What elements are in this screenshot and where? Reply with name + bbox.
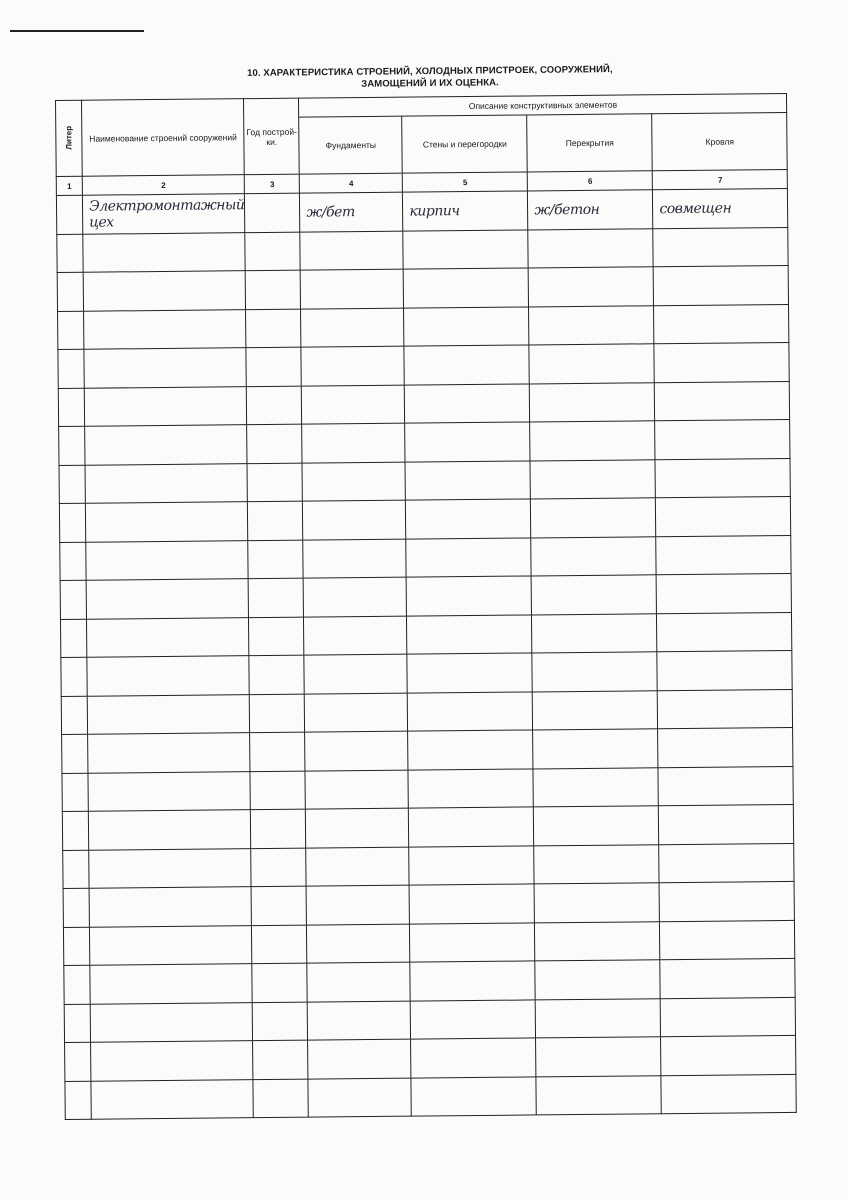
empty-cell bbox=[534, 844, 659, 884]
empty-cell bbox=[654, 265, 789, 305]
empty-cell bbox=[308, 1078, 411, 1117]
empty-cell bbox=[660, 958, 795, 998]
empty-cell bbox=[536, 998, 661, 1038]
empty-cell bbox=[532, 613, 657, 653]
empty-cell bbox=[303, 577, 406, 616]
empty-cell bbox=[656, 496, 791, 536]
empty-cell bbox=[251, 809, 306, 848]
empty-cell bbox=[61, 696, 87, 735]
empty-cell bbox=[304, 616, 407, 655]
empty-cell bbox=[63, 927, 89, 966]
empty-cell bbox=[86, 540, 249, 580]
empty-cell bbox=[533, 767, 658, 807]
empty-cell bbox=[248, 540, 303, 579]
empty-cell bbox=[408, 768, 533, 808]
empty-cell bbox=[57, 234, 83, 273]
empty-cell bbox=[529, 344, 654, 384]
empty-cell bbox=[529, 267, 654, 307]
empty-cell bbox=[65, 1081, 91, 1120]
empty-cell bbox=[301, 346, 404, 385]
empty-cell bbox=[659, 843, 794, 883]
empty-cell bbox=[250, 771, 305, 810]
empty-cell bbox=[405, 422, 530, 462]
empty-cell bbox=[661, 1074, 796, 1114]
empty-cell bbox=[91, 1041, 254, 1081]
col-num: 7 bbox=[653, 169, 788, 189]
empty-cell bbox=[248, 578, 303, 617]
header-roof: Кровля bbox=[652, 112, 788, 170]
empty-cell bbox=[251, 848, 306, 887]
empty-cell bbox=[308, 1039, 411, 1078]
empty-cell bbox=[306, 885, 409, 924]
empty-cell bbox=[659, 804, 794, 844]
empty-cell bbox=[253, 1040, 308, 1079]
col-num: 2 bbox=[82, 175, 245, 196]
empty-cell bbox=[533, 729, 658, 769]
header-walls: Стены и перегородки bbox=[402, 115, 528, 173]
empty-cell bbox=[306, 847, 409, 886]
header-foundation: Фундаменты bbox=[299, 116, 403, 174]
empty-cell bbox=[654, 342, 789, 382]
top-rule bbox=[10, 30, 144, 32]
col-num: 3 bbox=[245, 174, 300, 194]
empty-cell bbox=[248, 501, 303, 540]
empty-cell bbox=[410, 961, 535, 1001]
empty-cell bbox=[535, 921, 660, 961]
cell-name: Электромонтажный цех bbox=[82, 194, 245, 234]
empty-cell bbox=[84, 386, 247, 426]
empty-cell bbox=[303, 539, 406, 578]
empty-cell bbox=[530, 421, 655, 461]
empty-cell bbox=[89, 848, 252, 888]
empty-cell bbox=[250, 732, 305, 771]
header-floors: Перекрытия bbox=[527, 114, 653, 172]
empty-cell bbox=[249, 617, 304, 656]
empty-cell bbox=[89, 887, 252, 927]
cell-floors: ж/бетон bbox=[528, 190, 653, 230]
empty-cell bbox=[88, 733, 251, 773]
empty-cell bbox=[535, 960, 660, 1000]
empty-cell bbox=[405, 383, 530, 423]
empty-cell bbox=[302, 462, 405, 501]
empty-cell bbox=[307, 962, 410, 1001]
empty-cell bbox=[528, 228, 653, 268]
empty-cell bbox=[84, 309, 247, 349]
cell-foundation: ж/бет bbox=[300, 192, 403, 231]
empty-cell bbox=[91, 1079, 254, 1119]
empty-cell bbox=[305, 770, 408, 809]
empty-cell bbox=[531, 536, 656, 576]
empty-cell bbox=[658, 689, 793, 729]
empty-cell bbox=[60, 580, 86, 619]
empty-cell bbox=[64, 965, 90, 1004]
empty-cell bbox=[64, 1004, 90, 1043]
empty-cell bbox=[658, 727, 793, 767]
empty-cell bbox=[58, 311, 84, 350]
empty-cell bbox=[85, 463, 248, 503]
empty-cell bbox=[62, 811, 88, 850]
empty-cell bbox=[60, 542, 86, 581]
empty-cell bbox=[409, 884, 534, 924]
header-name: Наименование строений сооружений bbox=[82, 99, 245, 177]
cell-liter bbox=[56, 195, 82, 234]
empty-cell bbox=[532, 652, 657, 692]
empty-cell bbox=[65, 1042, 91, 1081]
empty-cell bbox=[247, 386, 302, 425]
empty-cell bbox=[251, 886, 306, 925]
col-num: 5 bbox=[403, 172, 528, 192]
empty-cell bbox=[83, 271, 246, 311]
cell-roof: совмещен bbox=[653, 188, 788, 228]
header-year: Год построй-ки. bbox=[244, 98, 300, 175]
empty-cell bbox=[409, 807, 534, 847]
empty-cell bbox=[655, 458, 790, 498]
empty-cell bbox=[305, 731, 408, 770]
empty-cell bbox=[533, 690, 658, 730]
empty-cell bbox=[302, 385, 405, 424]
empty-cell bbox=[252, 963, 307, 1002]
empty-cell bbox=[655, 381, 790, 421]
empty-cell bbox=[407, 614, 532, 654]
empty-cell bbox=[411, 1076, 536, 1116]
empty-cell bbox=[86, 579, 249, 619]
characteristics-table-container: Литер Наименование строений сооружений Г… bbox=[55, 93, 797, 1120]
empty-cell bbox=[89, 925, 252, 965]
empty-cell bbox=[403, 229, 528, 269]
empty-cell bbox=[305, 693, 408, 732]
empty-cell bbox=[529, 305, 654, 345]
empty-cell bbox=[530, 382, 655, 422]
page-title: 10. ХАРАКТЕРИСТИКА СТРОЕНИЙ, ХОЛОДНЫХ ПР… bbox=[200, 64, 660, 93]
empty-cell bbox=[58, 349, 84, 388]
empty-cell bbox=[62, 773, 88, 812]
cell-walls: кирпич bbox=[403, 191, 528, 231]
empty-cell bbox=[655, 419, 790, 459]
empty-cell bbox=[301, 269, 404, 308]
empty-cell bbox=[59, 503, 85, 542]
empty-cell bbox=[90, 1002, 253, 1042]
empty-cell bbox=[306, 808, 409, 847]
empty-cell bbox=[85, 502, 248, 542]
empty-cell bbox=[406, 537, 531, 577]
empty-cell bbox=[656, 573, 791, 613]
empty-cell bbox=[83, 232, 246, 272]
header-liter: Литер bbox=[56, 100, 83, 176]
empty-cell bbox=[84, 348, 247, 388]
empty-cell bbox=[304, 654, 407, 693]
empty-cell bbox=[656, 535, 791, 575]
empty-cell bbox=[90, 964, 253, 1004]
empty-cell bbox=[58, 388, 84, 427]
empty-cell bbox=[657, 612, 792, 652]
empty-cell bbox=[407, 653, 532, 693]
empty-cell bbox=[61, 657, 87, 696]
empty-cell bbox=[657, 650, 792, 690]
table-row-empty bbox=[65, 1074, 797, 1120]
empty-cell bbox=[536, 1075, 661, 1115]
empty-cell bbox=[85, 425, 248, 465]
empty-cell bbox=[410, 922, 535, 962]
empty-cell bbox=[300, 231, 403, 270]
characteristics-table: Литер Наименование строений сооружений Г… bbox=[55, 93, 797, 1120]
empty-cell bbox=[404, 306, 529, 346]
col-num: 6 bbox=[528, 171, 653, 191]
empty-cell bbox=[411, 999, 536, 1039]
empty-cell bbox=[404, 268, 529, 308]
empty-cell bbox=[86, 617, 249, 657]
empty-cell bbox=[250, 694, 305, 733]
empty-cell bbox=[63, 888, 89, 927]
empty-cell bbox=[253, 1002, 308, 1041]
empty-cell bbox=[661, 997, 796, 1037]
empty-cell bbox=[246, 309, 301, 348]
empty-cell bbox=[530, 459, 655, 499]
empty-cell bbox=[253, 1079, 308, 1118]
empty-cell bbox=[87, 656, 250, 696]
empty-cell bbox=[404, 345, 529, 385]
empty-cell bbox=[57, 272, 83, 311]
empty-cell bbox=[660, 920, 795, 960]
empty-cell bbox=[536, 1037, 661, 1077]
empty-cell bbox=[87, 694, 250, 734]
empty-cell bbox=[408, 730, 533, 770]
empty-cell bbox=[653, 227, 788, 267]
empty-cell bbox=[409, 845, 534, 885]
empty-cell bbox=[88, 771, 251, 811]
empty-cell bbox=[63, 850, 89, 889]
empty-cell bbox=[62, 734, 88, 773]
empty-cell bbox=[531, 575, 656, 615]
empty-cell bbox=[247, 463, 302, 502]
empty-cell bbox=[534, 883, 659, 923]
empty-cell bbox=[307, 924, 410, 963]
col-num: 1 bbox=[56, 176, 82, 195]
empty-cell bbox=[303, 500, 406, 539]
empty-cell bbox=[247, 424, 302, 463]
empty-cell bbox=[302, 423, 405, 462]
empty-cell bbox=[59, 426, 85, 465]
empty-cell bbox=[659, 881, 794, 921]
empty-cell bbox=[59, 465, 85, 504]
empty-cell bbox=[88, 810, 251, 850]
empty-cell bbox=[246, 270, 301, 309]
empty-cell bbox=[301, 308, 404, 347]
empty-cell bbox=[411, 1038, 536, 1078]
empty-cell bbox=[249, 655, 304, 694]
empty-cell bbox=[531, 498, 656, 538]
empty-cell bbox=[534, 806, 659, 846]
empty-cell bbox=[252, 925, 307, 964]
cell-year bbox=[245, 193, 300, 232]
empty-cell bbox=[245, 232, 300, 271]
empty-cell bbox=[405, 460, 530, 500]
empty-cell bbox=[654, 304, 789, 344]
empty-cell bbox=[408, 691, 533, 731]
empty-cell bbox=[246, 347, 301, 386]
empty-cell bbox=[406, 576, 531, 616]
empty-cell bbox=[406, 499, 531, 539]
empty-cell bbox=[658, 766, 793, 806]
empty-cell bbox=[308, 1001, 411, 1040]
empty-cell bbox=[661, 1035, 796, 1075]
empty-cell bbox=[60, 619, 86, 658]
col-num: 4 bbox=[300, 173, 403, 193]
